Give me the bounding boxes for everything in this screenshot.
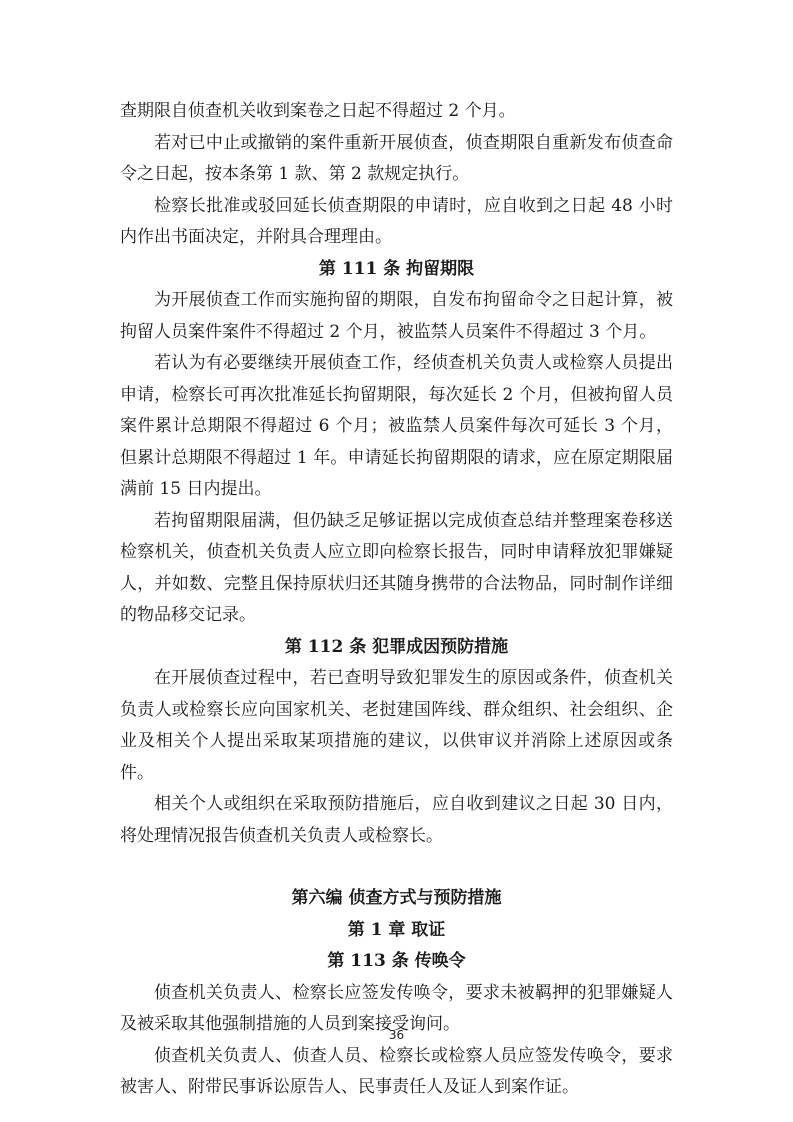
chapter-heading: 第 1 章 取证 [120,915,673,947]
paragraph: 若认为有必要继续开展侦查工作，经侦查机关负责人或检察人员提出申请，检察长可再次批… [120,348,673,506]
paragraph: 为开展侦查工作而实施拘留的期限，自发布拘留命令之日起计算，被拘留人员案件案件不得… [120,285,673,348]
paragraph: 相关个人或组织在采取预防措施后，应自收到建议之日起 30 日内，将处理情况报告侦… [120,789,673,852]
paragraph: 在开展侦查过程中，若已查明导致犯罪发生的原因或条件，侦查机关负责人或检察长应向国… [120,663,673,789]
article-heading-113: 第 113 条 传唤令 [120,946,673,978]
paragraph: 若对已中止或撤销的案件重新开展侦查，侦查期限自重新发布侦查命令之日起，按本条第 … [120,128,673,191]
paragraph: 若拘留期限届满，但仍缺乏足够证据以完成侦查总结并整理案卷移送检察机关，侦查机关负… [120,506,673,632]
paragraph: 检察长批准或驳回延长侦查期限的申请时，应自收到之日起 48 小时内作出书面决定，… [120,191,673,254]
document-page: 查期限自侦查机关收到案卷之日起不得超过 2 个月。 若对已中止或撤销的案件重新开… [120,96,673,1104]
paragraph-continuation: 查期限自侦查机关收到案卷之日起不得超过 2 个月。 [120,96,673,128]
page-number: 36 [0,1028,793,1042]
article-heading-112: 第 112 条 犯罪成因预防措施 [120,632,673,664]
section-spacer [120,852,673,883]
article-heading-111: 第 111 条 拘留期限 [120,254,673,286]
part-heading: 第六编 侦查方式与预防措施 [120,883,673,915]
paragraph: 侦查机关负责人、侦查人员、检察长或检察人员应签发传唤令，要求被害人、附带民事诉讼… [120,1041,673,1104]
